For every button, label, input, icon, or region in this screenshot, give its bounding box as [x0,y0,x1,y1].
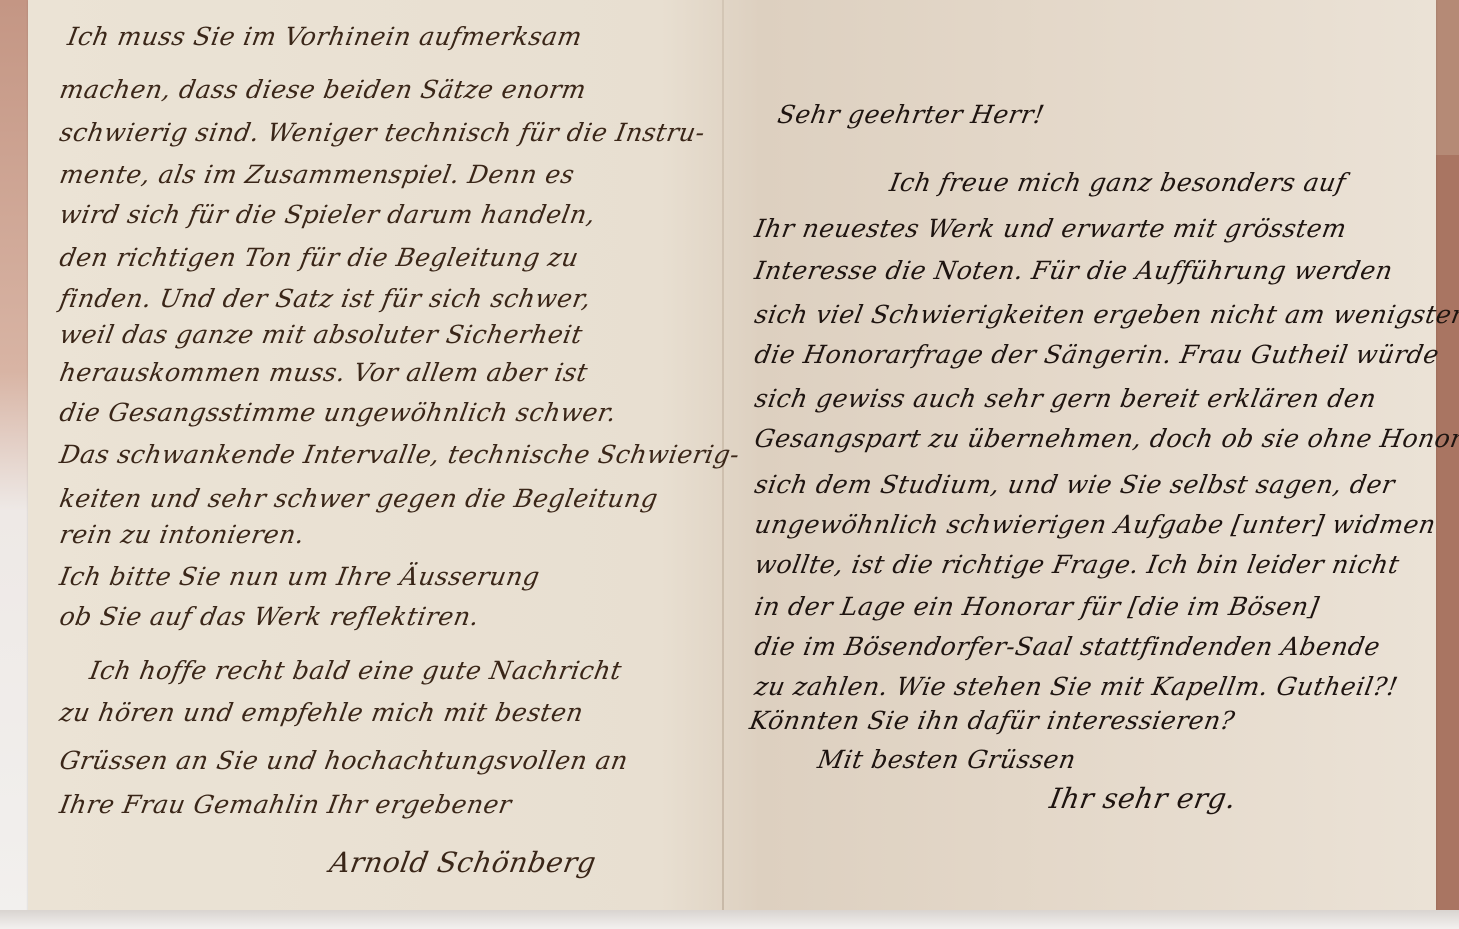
left-line-1: Ich muss Sie im Vorhinein aufmerksam [65,22,584,51]
right-line-7: Gesangspart zu übernehmen, doch ob sie o… [752,424,1459,453]
left-line-13: rein zu intonieren. [57,520,307,549]
right-line-1: Ich freue mich ganz besonders auf [887,168,1348,197]
left-line-17: zu hören und empfehle mich mit besten [57,698,585,727]
left-line-7: finden. Und der Satz ist für sich schwer… [57,284,593,313]
left-line-12: keiten und sehr schwer gegen die Begleit… [57,484,660,513]
left-line-6: den richtigen Ton für die Begleitung zu [57,243,581,272]
left-line-10: die Gesangsstimme ungewöhnlich schwer. [57,398,618,427]
left-line-5: wird sich für die Spieler darum handeln, [57,200,597,229]
right-line-11: in der Lage ein Honorar für [die im Böse… [752,592,1321,621]
right-line-9: ungewöhnlich schwierigen Aufgabe [unter]… [752,510,1438,539]
left-line-2: machen, dass diese beiden Sätze enorm [57,75,588,104]
right-signature: Ihr sehr erg. [1047,782,1239,815]
right-line-5: die Honorarfrage der Sängerin. Frau Guth… [752,340,1441,369]
closing: Mit besten Grüssen [815,745,1078,774]
right-page: Sehr geehrter Herr! Ich freue mich ganz … [750,0,1410,916]
left-line-18: Grüssen an Sie und hochachtungsvollen an [57,746,630,775]
right-line-14: Könnten Sie ihn dafür interessieren? [747,706,1237,735]
left-line-11: Das schwankende Intervalle, technische S… [57,440,741,469]
left-line-3: schwierig sind. Weniger technisch für di… [57,118,707,147]
right-line-2: Ihr neuestes Werk und erwarte mit grösst… [752,214,1349,243]
right-line-13: zu zahlen. Wie stehen Sie mit Kapellm. G… [752,672,1400,701]
salutation: Sehr geehrter Herr! [775,100,1046,129]
left-signature: Arnold Schönberg [327,846,599,879]
left-line-4: mente, als im Zusammenspiel. Denn es [57,160,576,189]
left-line-15: ob Sie auf das Werk reflektiren. [57,602,481,631]
left-line-14: Ich bitte Sie nun um Ihre Äusserung [57,562,542,591]
background-right [1436,155,1459,929]
right-line-6: sich gewiss auch sehr gern bereit erklär… [752,384,1378,413]
left-line-8: weil das ganze mit absoluter Sicherheit [57,320,585,349]
left-line-19: Ihre Frau Gemahlin Ihr ergebener [57,790,514,819]
right-line-3: Interesse die Noten. Für die Aufführung … [752,256,1395,285]
right-line-12: die im Bösendorfer-Saal stattfindenden A… [752,632,1382,661]
left-line-16: Ich hoffe recht bald eine gute Nachricht [87,656,624,685]
right-line-8: sich dem Studium, und wie Sie selbst sag… [752,470,1397,499]
right-line-4: sich viel Schwierigkeiten ergeben nicht … [752,300,1459,329]
left-page: Ich muss Sie im Vorhinein aufmerksam mac… [60,0,710,916]
left-line-9: herauskommen muss. Vor allem aber ist [57,358,590,387]
right-line-10: wollte, ist die richtige Frage. Ich bin … [752,550,1401,579]
